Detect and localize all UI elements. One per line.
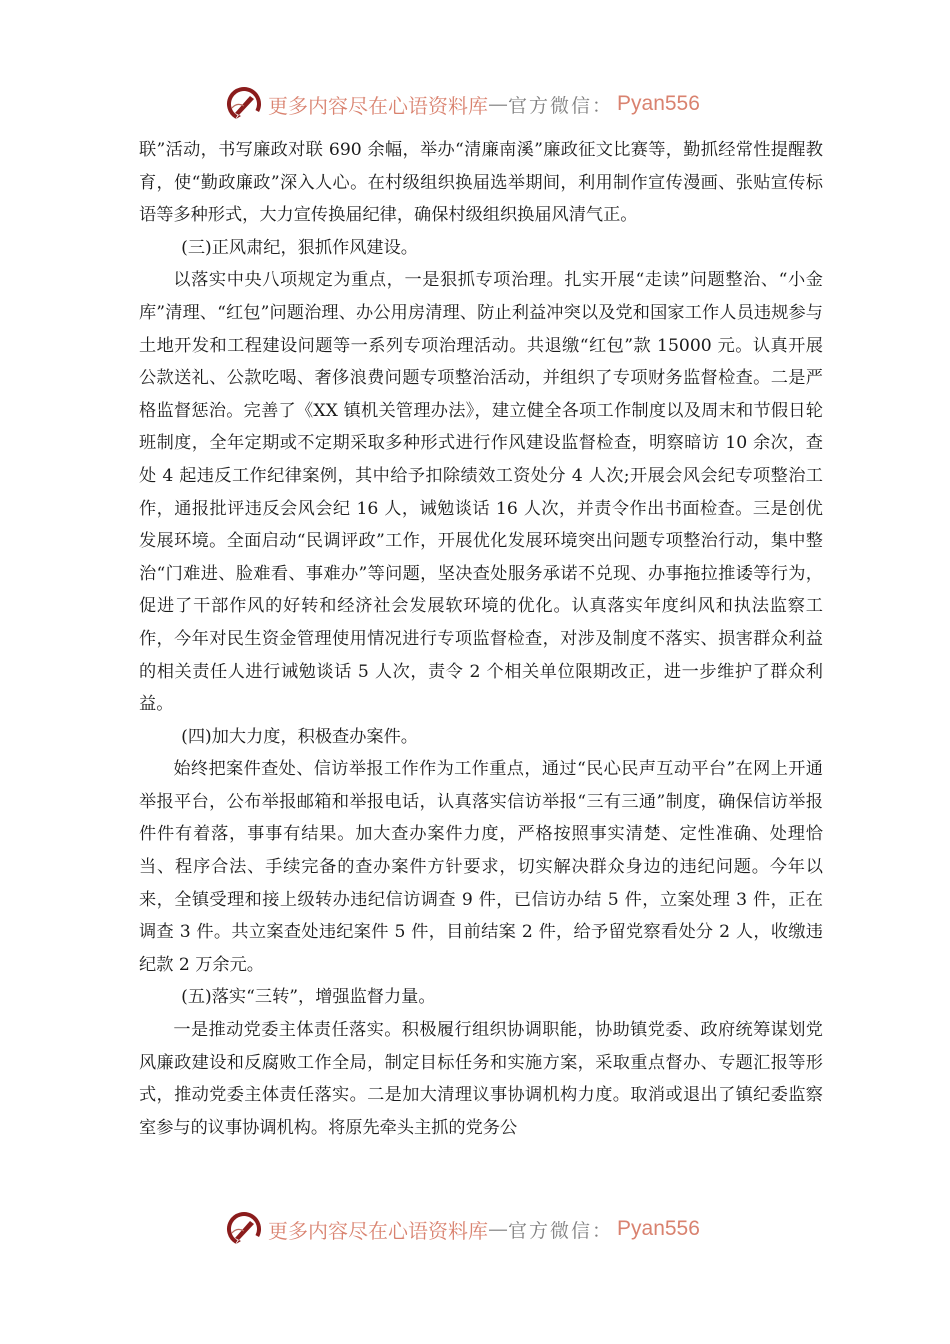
banner-slogan: 更多内容尽在心语资料库 bbox=[268, 90, 488, 119]
quill-pen-logo-icon bbox=[226, 1211, 262, 1247]
paragraph-section-5: 一是推动党委主体责任落实。积极履行组织协调职能，协助镇党委、政府统筹谋划党风廉政… bbox=[139, 1014, 823, 1144]
banner-slogan: 更多内容尽在心语资料库 bbox=[268, 1215, 488, 1244]
banner-wechat-label: 官方微信： bbox=[508, 1216, 613, 1243]
header-banner: 更多内容尽在心语资料库 — 官方微信： Pyan556 bbox=[226, 84, 726, 124]
section-heading-5: (五)落实“三转”，增强监督力量。 bbox=[139, 981, 823, 1014]
paragraph-section-3: 以落实中央八项规定为重点，一是狠抓专项治理。扎实开展“走读”问题整治、“小金库”… bbox=[139, 264, 823, 720]
section-heading-3: (三)正风肃纪，狠抓作风建设。 bbox=[139, 232, 823, 265]
banner-wechat-id: Pyan556 bbox=[617, 1217, 700, 1241]
document-body: 联”活动，书写廉政对联 690 余幅，举办“清廉南溪”廉政征文比赛等，勤抓经常性… bbox=[139, 134, 823, 1144]
section-heading-4: (四)加大力度，积极查办案件。 bbox=[139, 721, 823, 754]
footer-banner: 更多内容尽在心语资料库 — 官方微信： Pyan556 bbox=[226, 1209, 726, 1249]
paragraph-continuation: 联”活动，书写廉政对联 690 余幅，举办“清廉南溪”廉政征文比赛等，勤抓经常性… bbox=[139, 134, 823, 232]
banner-wechat-label: 官方微信： bbox=[508, 91, 613, 118]
quill-pen-logo-icon bbox=[226, 86, 262, 122]
paragraph-section-4: 始终把案件查处、信访举报工作作为工作重点，通过“民心民声互动平台”在网上开通举报… bbox=[139, 753, 823, 981]
banner-wechat-id: Pyan556 bbox=[617, 92, 700, 116]
banner-dash: — bbox=[488, 92, 508, 116]
banner-dash: — bbox=[488, 1217, 508, 1241]
